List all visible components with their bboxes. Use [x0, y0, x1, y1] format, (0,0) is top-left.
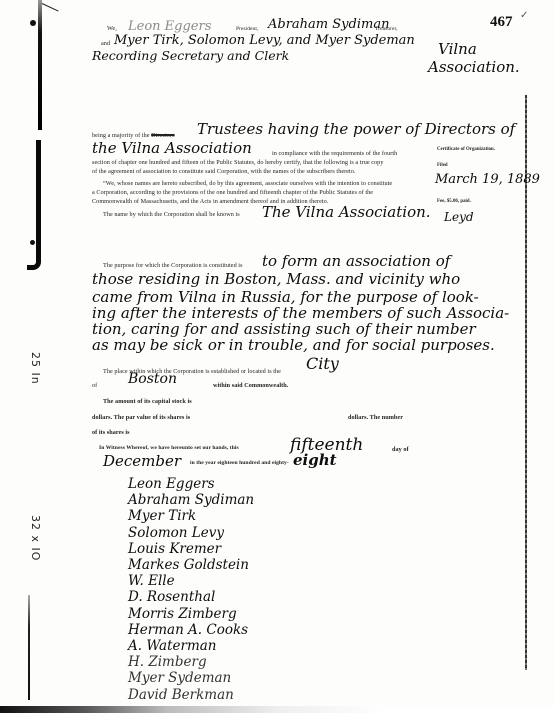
signature: Myer Tirk — [128, 508, 254, 524]
witness-year-label: in the year eighteen hundred and eighty- — [190, 460, 289, 466]
witness-day-of: day of — [392, 446, 409, 453]
witness-month: December — [103, 452, 181, 470]
capital-shares-label: of its shares is — [92, 429, 130, 436]
signature: H. Zimberg — [128, 654, 254, 670]
corporation-name-label: The name by which the Corporation shall … — [103, 211, 240, 218]
page-number: 467 — [490, 14, 513, 31]
signature: Markes Goldstein — [128, 557, 254, 573]
clip-dot-mark — [30, 240, 35, 245]
purpose-line-6: as may be sick or in trouble, and for so… — [92, 336, 495, 354]
witness-year: eight — [293, 451, 337, 469]
corporation-name-value: The Vilna Association. — [262, 203, 431, 221]
scan-tick-mark — [42, 3, 59, 12]
signature: Louis Kremer — [128, 541, 254, 557]
majority-prefix-text: being a majority of the — [92, 132, 150, 139]
location-of-label: of — [92, 382, 97, 389]
signature: Leon Eggers — [128, 476, 254, 492]
capital-number-label: dollars. The number — [348, 414, 403, 421]
majority-handwritten-2: the Vilna Association — [92, 139, 252, 157]
scan-bottom-edge — [0, 706, 554, 713]
signature: David Berkman — [128, 687, 254, 703]
binding-edge-top — [38, 0, 42, 130]
purpose-line-2: those residing in Boston, Mass. and vici… — [92, 270, 460, 288]
purpose-label: The purpose for which the Corporation is… — [103, 262, 243, 269]
president-name: Leon Eggers — [128, 19, 211, 34]
margin-title-line-2: Association. — [428, 58, 520, 76]
margin-title-line-1: Vilna — [438, 40, 477, 58]
margin-mark-lower: 32 x IO — [29, 515, 42, 561]
agreement-line-2: a Corporation, according to the provisio… — [92, 189, 373, 196]
signature: Morris Zimberg — [128, 606, 254, 622]
agreement-line-1: “We, whose names are hereto subscribed, … — [103, 180, 392, 187]
binding-edge-bottom — [28, 595, 30, 700]
witness-label: In Witness Whereof, we have hereunto set… — [99, 445, 239, 451]
majority-compliance: in compliance with the requirements of t… — [272, 150, 397, 157]
capital-amount-label: The amount of its capital stock is — [103, 398, 192, 405]
filed-label: Filed — [437, 163, 448, 168]
location-city: Boston — [128, 371, 177, 387]
majority-line-4: of the agreement of association to const… — [92, 168, 356, 175]
binding-clip-mark — [27, 140, 41, 270]
signature: Herman A. Cooks — [128, 622, 254, 638]
fee-label: Fee, $5.00, paid. — [437, 199, 471, 204]
signature: D. Rosenthal — [128, 589, 254, 605]
check-mark-icon: ✓ — [520, 10, 528, 21]
officers-role-line: Recording Secretary and Clerk — [92, 48, 289, 63]
margin-mark-upper: 25 In — [29, 352, 42, 385]
signature: Abraham Sydiman — [128, 492, 254, 508]
president-label: President, — [236, 26, 258, 32]
capital-par-label: dollars. The par value of its shares is — [92, 414, 190, 421]
majority-handwritten-1: Trustees having the power of Directors o… — [197, 120, 515, 138]
purpose-line-1: to form an association of — [262, 252, 450, 270]
signature-list: Leon Eggers Abraham Sydiman Myer Tirk So… — [128, 476, 254, 703]
signature: A. Waterman — [128, 638, 254, 654]
signature: Myer Sydeman — [128, 670, 254, 686]
punch-hole-mark — [30, 20, 36, 26]
majority-line-3: section of chapter one hundred and fifte… — [92, 159, 383, 166]
fee-paid-note: Leyd — [444, 210, 474, 224]
struck-word: Directors — [151, 132, 174, 139]
officers-prefix: We, — [107, 25, 117, 32]
treasurer-label: Treasurer, — [375, 26, 398, 32]
officers-names-line: Myer Tirk, Solomon Levy, and Myer Sydema… — [114, 33, 415, 48]
certificate-label: Certificate of Organization. — [437, 147, 495, 152]
signature: W. Elle — [128, 573, 254, 589]
filed-date: March 19, 1889 — [435, 172, 540, 187]
treasurer-name: Abraham Sydiman — [268, 17, 389, 32]
officers-and-label: and — [101, 40, 110, 47]
location-type: City — [306, 354, 339, 373]
document-page: 25 In 32 x IO 467 ✓ We, Leon Eggers Pres… — [0, 0, 554, 713]
majority-prefix: being a majority of the Directors — [92, 132, 175, 139]
signature: Solomon Levy — [128, 525, 254, 541]
location-suffix: within said Commonwealth. — [213, 382, 288, 389]
